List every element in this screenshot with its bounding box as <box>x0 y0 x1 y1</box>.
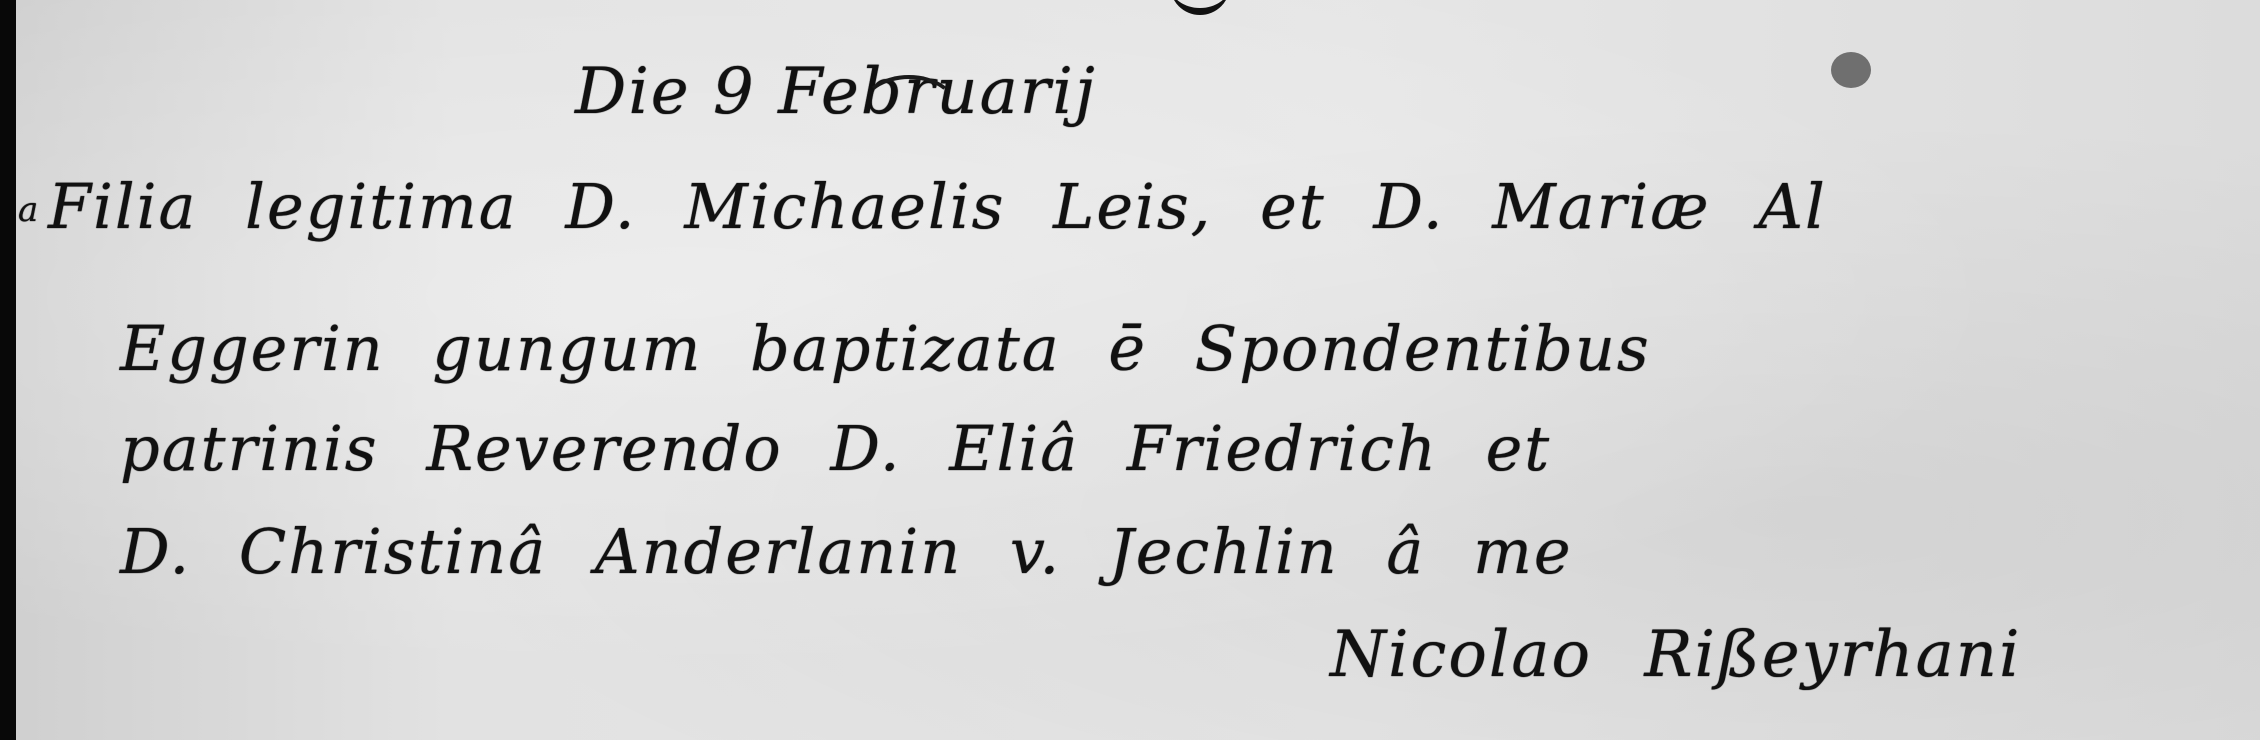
date-heading: Die 9 Februarij <box>575 55 1097 129</box>
capital-f-flourish <box>860 75 958 143</box>
ink-blot <box>1831 52 1871 88</box>
entry-line-4: D. Christinâ Anderlanin v. Jechlin â me <box>120 515 1573 588</box>
entry-line-2: Eggerin gungum baptizata ē Spondentibus <box>120 312 1651 385</box>
entry-line-1: Filia legitima D. Michaelis Leis, et D. … <box>48 170 1827 243</box>
binding-edge <box>0 0 16 740</box>
scanned-register-page: Die 9 Februarij a Filia legitima D. Mich… <box>0 0 2260 740</box>
priest-signature: Nicolao Rißeyrhani <box>1330 618 2021 692</box>
previous-entry-ink-stroke <box>1170 0 1230 15</box>
margin-note: a <box>18 190 40 230</box>
entry-line-3: patrinis Reverendo D. Eliâ Friedrich et <box>120 412 1551 485</box>
